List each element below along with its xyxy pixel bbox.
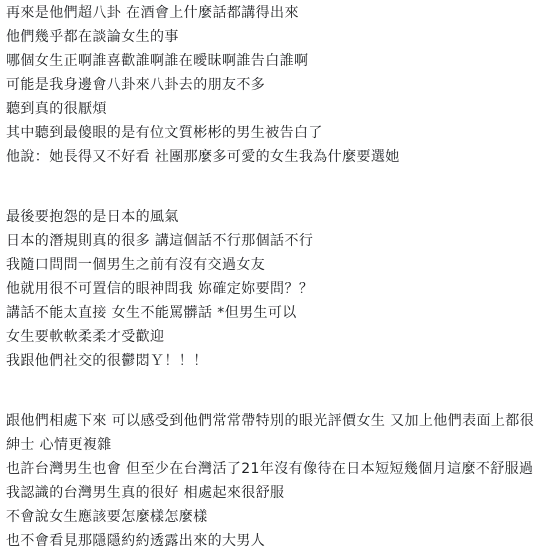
text-line: 女生要軟軟柔柔才受歡迎 <box>6 325 546 349</box>
text-line: 我跟他們社交的很鬱悶Ｙ！！！ <box>6 349 546 373</box>
text-line: 哪個女生正啊誰喜歡誰啊誰在曖昧啊誰告白誰啊 <box>6 49 546 73</box>
text-line: 最後要抱怨的是日本的風氣 <box>6 205 546 229</box>
text-line: 不會說女生應該要怎麼樣怎麼樣 <box>6 505 546 529</box>
paragraph-comparison: 跟他們相處下來 可以感受到他們常常帶特別的眼光評價女生 又加上他們表面上都很紳士… <box>6 409 546 553</box>
text-line: 可能是我身邊會八卦來八卦去的朋友不多 <box>6 73 546 97</box>
text-line: 講話不能太直接 女生不能罵髒話 *但男生可以 <box>6 301 546 325</box>
paragraph-gossip: 再來是他們超八卦 在酒會上什麼話都講得出來 他們幾乎都在談論女生的事 哪個女生正… <box>6 1 546 169</box>
text-line: 我認識的台灣男生真的很好 相處起來很舒服 <box>6 481 546 505</box>
paragraph-japan-culture: 最後要抱怨的是日本的風氣 日本的潛規則真的很多 講這個話不行那個話不行 我隨口問… <box>6 205 546 373</box>
post-body: 再來是他們超八卦 在酒會上什麼話都講得出來 他們幾乎都在談論女生的事 哪個女生正… <box>0 0 546 553</box>
text-line: 再來是他們超八卦 在酒會上什麼話都講得出來 <box>6 1 546 25</box>
text-line: 他就用很不可置信的眼神問我 妳確定妳要問？？ <box>6 277 546 301</box>
text-line: 他說：她長得又不好看 社團那麼多可愛的女生我為什麼要選她 <box>6 145 546 169</box>
text-line: 也不會看見那隱隱約約透露出來的大男人 <box>6 529 546 553</box>
text-line: 我隨口問問一個男生之前有沒有交過女友 <box>6 253 546 277</box>
text-line: 其中聽到最傻眼的是有位文質彬彬的男生被告白了 <box>6 121 546 145</box>
text-line: 日本的潛規則真的很多 講這個話不行那個話不行 <box>6 229 546 253</box>
text-line: 跟他們相處下來 可以感受到他們常常帶特別的眼光評價女生 又加上他們表面上都很紳士… <box>6 409 546 457</box>
text-line: 他們幾乎都在談論女生的事 <box>6 25 546 49</box>
text-line: 聽到真的很厭煩 <box>6 97 546 121</box>
text-line: 也許台灣男生也會 但至少在台灣活了21年沒有像待在日本短短幾個月這麼不舒服過 <box>6 457 546 481</box>
